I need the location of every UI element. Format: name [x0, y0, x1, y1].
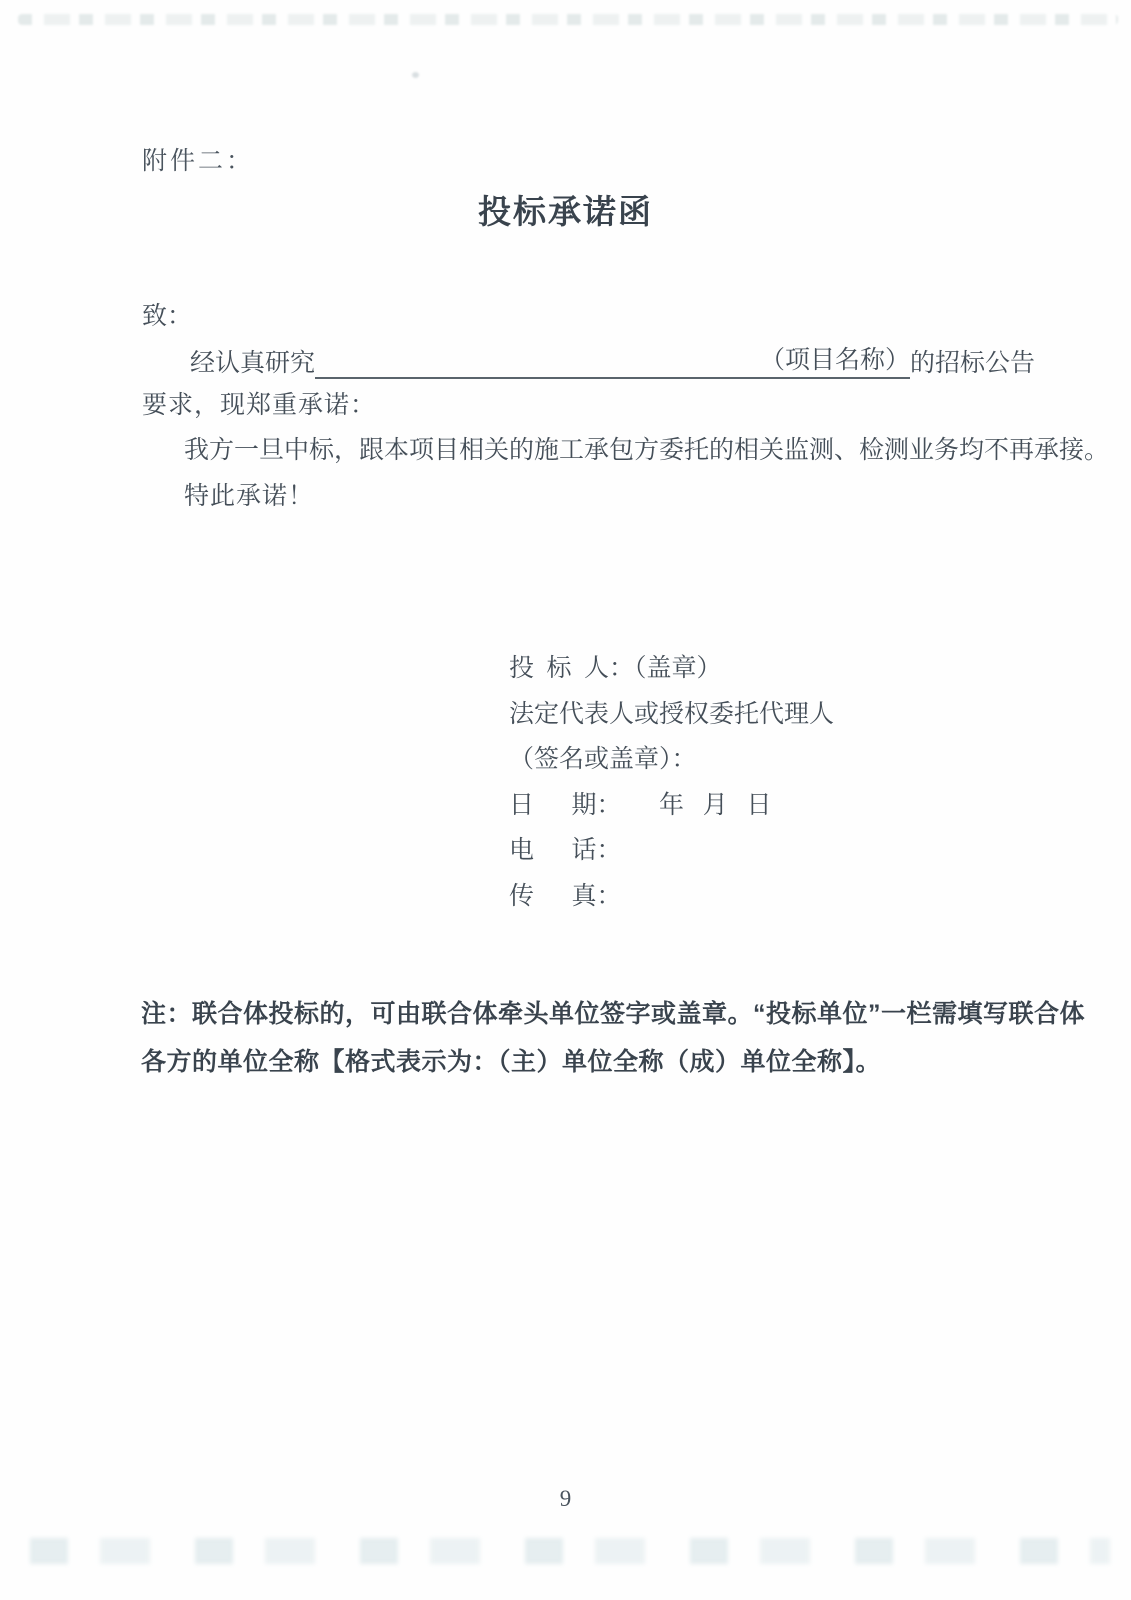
legal-representative-line: 法定代表人或授权委托代理人 [509, 692, 834, 738]
attachment-label: 附件二： [142, 141, 254, 177]
date-line: 日 期： 年 月 日 [509, 783, 834, 829]
closing-sentence: 特此承诺！ [184, 476, 314, 512]
note-line-1: 注：联合体投标的，可由联合体牵头单位签字或盖章。“投标单位”一栏需填写联合体 [141, 994, 1046, 1042]
page-number: 9 [0, 1486, 1131, 1512]
research-prefix: 经认真研究 [190, 343, 315, 379]
note-paragraph: 注：联合体投标的，可由联合体牵头单位签字或盖章。“投标单位”一栏需填写联合体 各… [141, 994, 1046, 1090]
bidder-seal-line: 投 标 人：（盖章） [509, 646, 834, 692]
scan-speck [412, 72, 419, 78]
sign-or-seal-line: （签名或盖章）： [509, 737, 834, 783]
research-suffix: 的招标公告 [910, 343, 1035, 379]
commitment-sentence: 我方一旦中标，跟本项目相关的施工承包方委托的相关监测、检测业务均不再承接。 [184, 430, 1109, 466]
research-sentence: 经认真研究 （项目名称） 的招标公告 [190, 340, 1035, 379]
note-line-2: 各方的单位全称【格式表示为：（主）单位全称（成）单位全称】。 [141, 1042, 1046, 1090]
project-name-placeholder: （项目名称） [760, 340, 910, 379]
project-name-blank-field [315, 348, 760, 379]
fax-line: 传 真： [509, 874, 834, 920]
research-continuation: 要求，现郑重承诺： [142, 385, 376, 421]
salutation: 致： [142, 296, 192, 332]
signature-block: 投 标 人：（盖章） 法定代表人或授权委托代理人 （签名或盖章）： 日 期： 年… [509, 646, 834, 919]
scan-artifact-top-edge [18, 14, 1118, 25]
phone-line: 电 话： [509, 828, 834, 874]
document-title: 投标承诺函 [0, 186, 1131, 233]
scanned-document-page: 附件二： 投标承诺函 致： 经认真研究 （项目名称） 的招标公告 要求，现郑重承… [0, 0, 1131, 1600]
scan-artifact-bottom-edge [30, 1538, 1110, 1564]
